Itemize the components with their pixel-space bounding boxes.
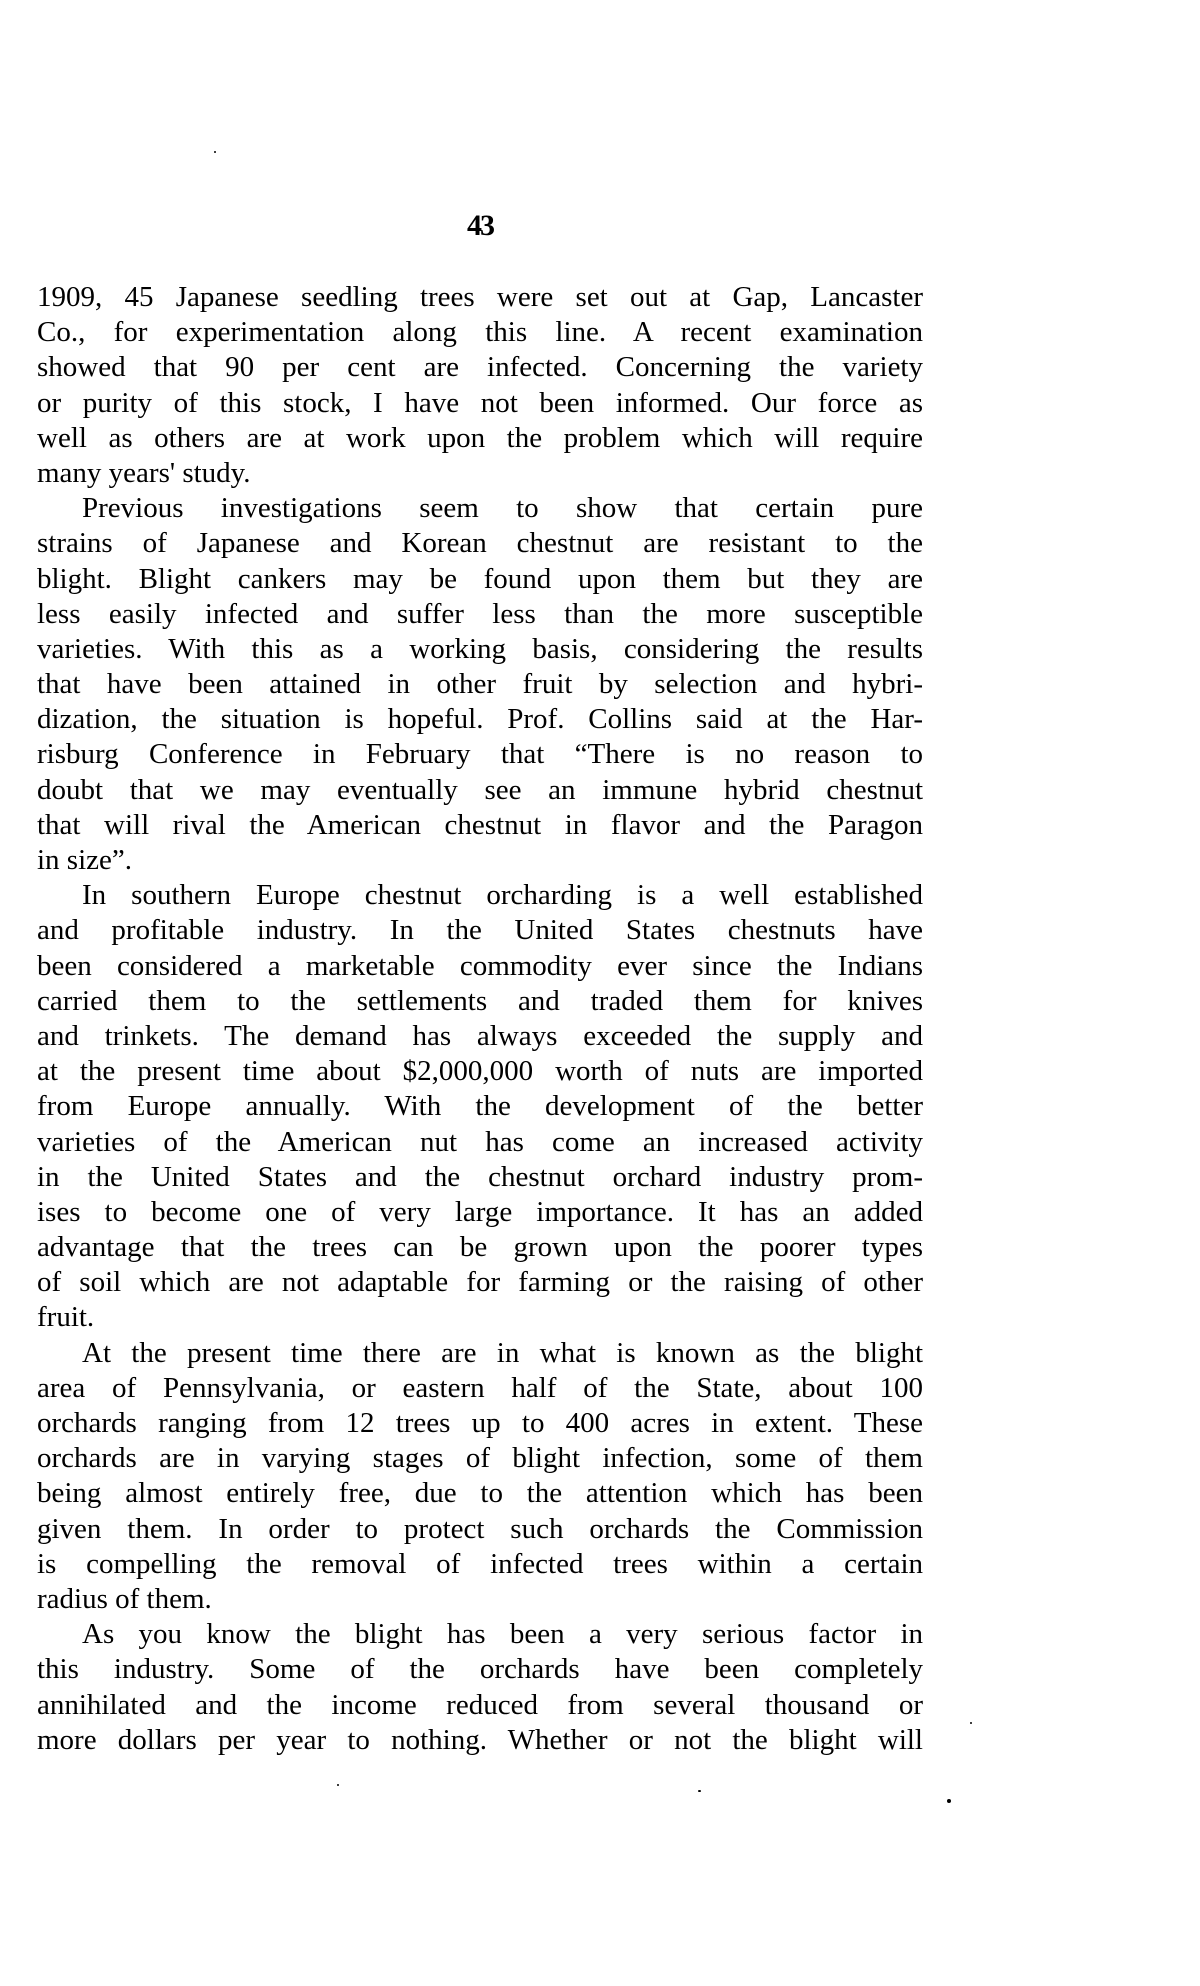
text-line: in size”. — [37, 843, 923, 878]
text-line: in the United States and the chestnut or… — [37, 1160, 923, 1195]
text-line: that have been attained in other fruit b… — [37, 667, 923, 702]
text-line: been considered a marketable commodity e… — [37, 949, 923, 984]
text-line: dization, the situation is hopeful. Prof… — [37, 702, 923, 737]
text-line: fruit. — [37, 1300, 923, 1335]
text-line: strains of Japanese and Korean chestnut … — [37, 526, 923, 561]
text-line: advantage that the trees can be grown up… — [37, 1230, 923, 1265]
paragraph-2: Previous investigations seem to show tha… — [37, 491, 923, 878]
paragraph-3: In southern Europe chestnut orcharding i… — [37, 878, 923, 1335]
text-line: or purity of this stock, I have not been… — [37, 386, 923, 421]
text-line: ises to become one of very large importa… — [37, 1195, 923, 1230]
text-line: risburg Conference in February that “The… — [37, 737, 923, 772]
text-line: area of Pennsylvania, or eastern half of… — [37, 1371, 923, 1406]
text-line: given them. In order to protect such orc… — [37, 1512, 923, 1547]
text-line: and trinkets. The demand has always exce… — [37, 1019, 923, 1054]
text-line: many years' study. — [37, 456, 923, 491]
text-line: doubt that we may eventually see an immu… — [37, 773, 923, 808]
scan-speck — [698, 1790, 701, 1792]
text-line: of soil which are not adaptable for farm… — [37, 1265, 923, 1300]
text-line: that will rival the American chestnut in… — [37, 808, 923, 843]
scan-speck — [970, 1722, 972, 1724]
text-line: more dollars per year to nothing. Whethe… — [37, 1723, 923, 1758]
text-line: 1909, 45 Japanese seedling trees were se… — [37, 280, 923, 315]
scan-speck — [947, 1799, 951, 1803]
body-text: 1909, 45 Japanese seedling trees were se… — [37, 280, 923, 1758]
paragraph-5: As you know the blight has been a very s… — [37, 1617, 923, 1758]
text-line: showed that 90 per cent are infected. Co… — [37, 350, 923, 385]
scan-speck — [337, 1784, 339, 1786]
text-line: blight. Blight cankers may be found upon… — [37, 562, 923, 597]
text-line: being almost entirely free, due to the a… — [37, 1476, 923, 1511]
text-line: this industry. Some of the orchards have… — [37, 1652, 923, 1687]
page-number: 43 — [440, 210, 520, 242]
text-line: annihilated and the income reduced from … — [37, 1688, 923, 1723]
text-line: varieties of the American nut has come a… — [37, 1125, 923, 1160]
text-line: Co., for experimentation along this line… — [37, 315, 923, 350]
text-line: less easily infected and suffer less tha… — [37, 597, 923, 632]
text-line: As you know the blight has been a very s… — [37, 1617, 923, 1652]
text-line: well as others are at work upon the prob… — [37, 421, 923, 456]
text-line: and profitable industry. In the United S… — [37, 913, 923, 948]
text-line: radius of them. — [37, 1582, 923, 1617]
text-line: from Europe annually. With the developme… — [37, 1089, 923, 1124]
text-line: varieties. With this as a working basis,… — [37, 632, 923, 667]
text-line: orchards are in varying stages of blight… — [37, 1441, 923, 1476]
text-line: In southern Europe chestnut orcharding i… — [37, 878, 923, 913]
text-line: is compelling the removal of infected tr… — [37, 1547, 923, 1582]
text-line: At the present time there are in what is… — [37, 1336, 923, 1371]
text-line: orchards ranging from 12 trees up to 400… — [37, 1406, 923, 1441]
paragraph-1: 1909, 45 Japanese seedling trees were se… — [37, 280, 923, 491]
text-line: carried them to the settlements and trad… — [37, 984, 923, 1019]
text-line: at the present time about $2,000,000 wor… — [37, 1054, 923, 1089]
text-line: Previous investigations seem to show tha… — [37, 491, 923, 526]
scan-speck — [214, 151, 216, 153]
paragraph-4: At the present time there are in what is… — [37, 1336, 923, 1618]
